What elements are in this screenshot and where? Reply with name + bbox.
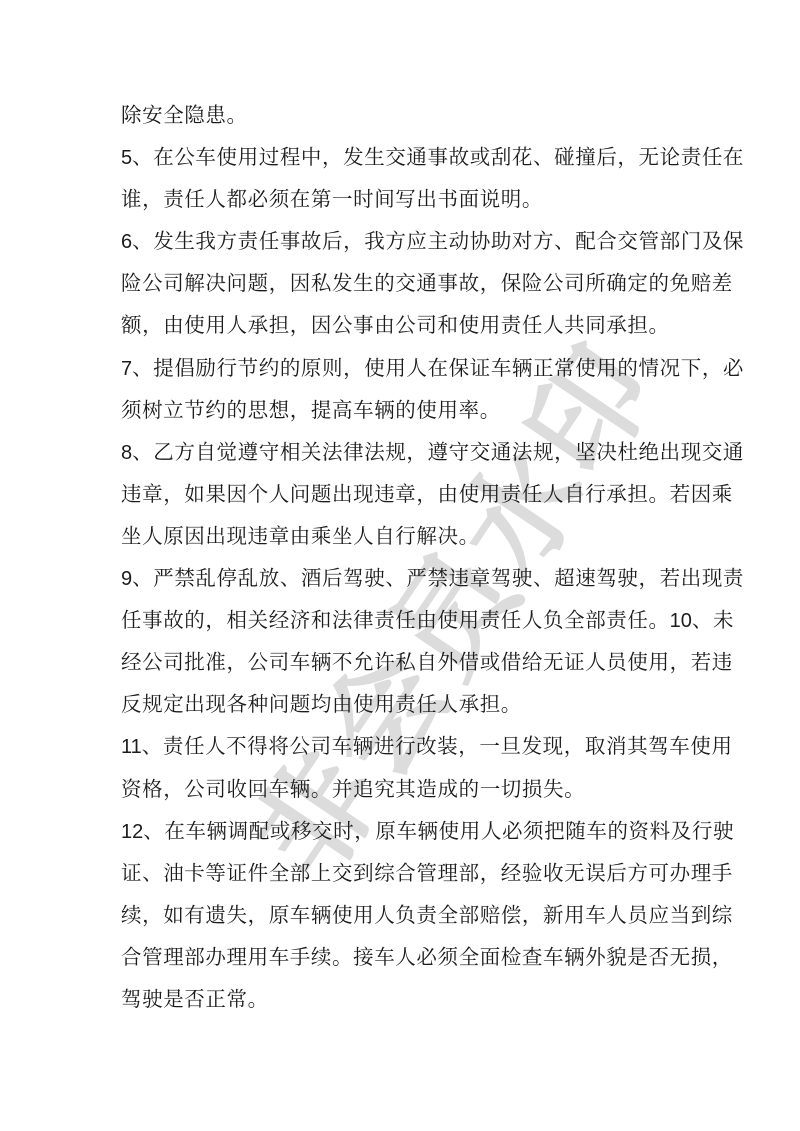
text-line: 任事故的，相关经济和法律责任由使用责任人负全部责任。10、未 <box>121 599 681 641</box>
clause-5: 5、在公车使用过程中，发生交通事故或刮花、碰撞后，无论责任在 <box>121 136 681 178</box>
clause-number: 11 <box>121 736 142 758</box>
document-body: 除安全隐患。 5、在公车使用过程中，发生交通事故或刮花、碰撞后，无论责任在 谁，… <box>121 94 681 1020</box>
text-line: 驾驶是否正常。 <box>121 978 681 1020</box>
text-line: 险公司解决问题，因私发生的交通事故，保险公司所确定的免赔差 <box>121 262 681 304</box>
clause-number: 5 <box>121 147 132 169</box>
text-line: 续，如有遗失，原车辆使用人负责全部赔偿，新用车人员应当到综 <box>121 894 681 936</box>
clause-8: 8、乙方自觉遵守相关法律法规，遵守交通法规，坚决杜绝出现交通 <box>121 431 681 473</box>
clause-11: 11、责任人不得将公司车辆进行改装，一旦发现，取消其驾车使用 <box>121 725 681 767</box>
text-line: 除安全隐患。 <box>121 94 681 136</box>
clause-number: 7 <box>121 358 132 380</box>
clause-9: 9、严禁乱停乱放、酒后驾驶、严禁违章驾驶、超速驾驶，若出现责 <box>121 557 681 599</box>
clause-number: 12 <box>121 821 143 843</box>
clause-12: 12、在车辆调配或移交时，原车辆使用人必须把随车的资料及行驶 <box>121 810 681 852</box>
text-line: 违章，如果因个人问题出现违章，由使用责任人自行承担。若因乘 <box>121 473 681 515</box>
text-line: 须树立节约的思想，提高车辆的使用率。 <box>121 389 681 431</box>
text-line: 额，由使用人承担，因公事由公司和使用责任人共同承担。 <box>121 304 681 346</box>
text-line: 经公司批准，公司车辆不允许私自外借或借给无证人员使用，若违 <box>121 641 681 683</box>
clause-7: 7、提倡励行节约的原则，使用人在保证车辆正常使用的情况下，必 <box>121 347 681 389</box>
text-line: 谁，责任人都必须在第一时间写出书面说明。 <box>121 178 681 220</box>
text-line: 反规定出现各种问题均由使用责任人承担。 <box>121 683 681 725</box>
clause-6: 6、发生我方责任事故后，我方应主动协助对方、配合交管部门及保 <box>121 220 681 262</box>
text-line: 坐人原因出现违章由乘坐人自行解决。 <box>121 515 681 557</box>
text-line: 资格，公司收回车辆。并追究其造成的一切损失。 <box>121 768 681 810</box>
text-line: 证、油卡等证件全部上交到综合管理部，经验收无误后方可办理手 <box>121 852 681 894</box>
text-line: 合管理部办理用车手续。接车人必须全面检查车辆外貌是否无损， <box>121 936 681 978</box>
clause-number: 6 <box>121 231 132 253</box>
clause-number: 10 <box>670 610 692 632</box>
clause-number: 9 <box>121 568 132 590</box>
clause-number: 8 <box>121 442 132 464</box>
document-page: 非会员水印 除安全隐患。 5、在公车使用过程中，发生交通事故或刮花、碰撞后，无论… <box>0 0 800 1131</box>
